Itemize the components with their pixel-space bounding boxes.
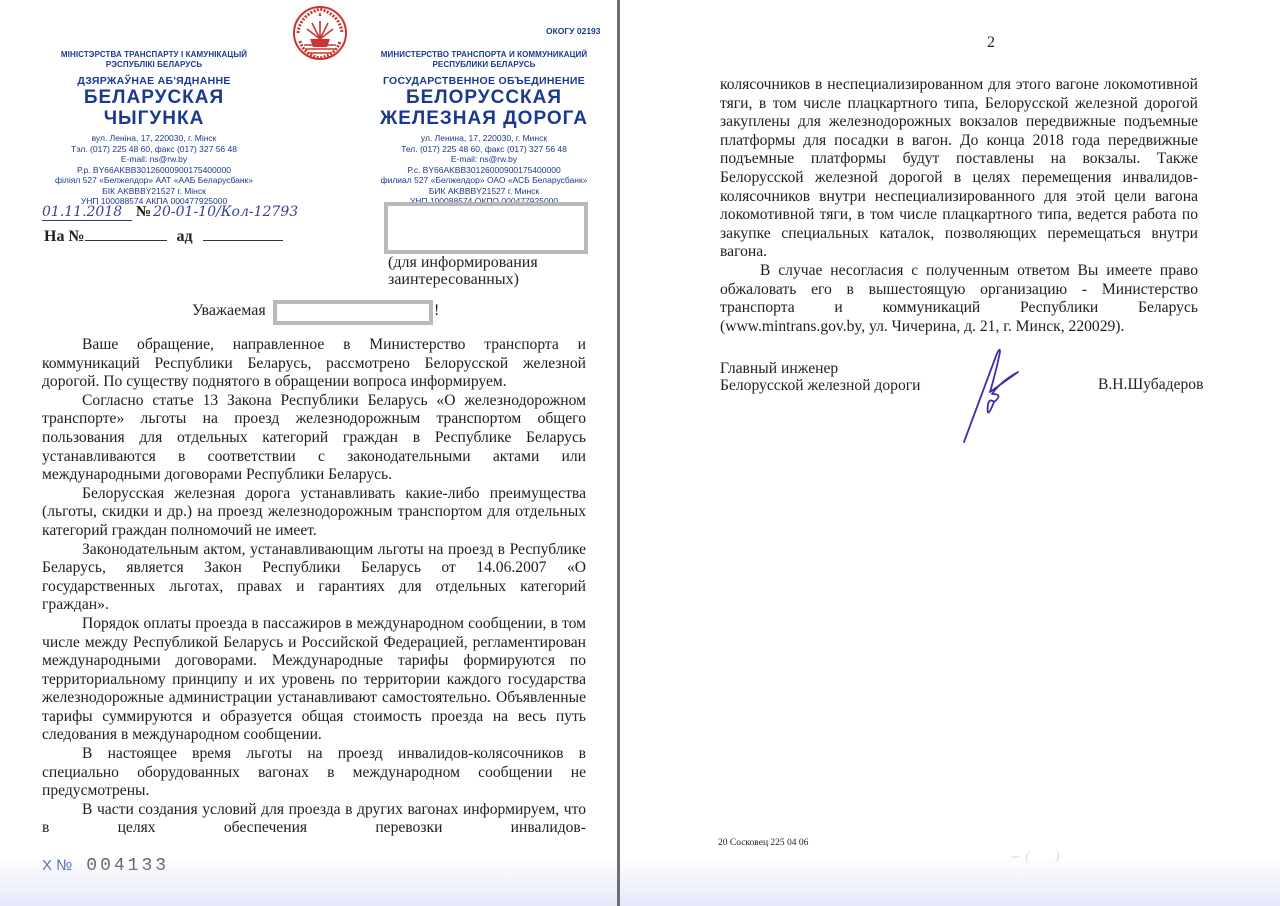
ministry-line: РЭСПУБЛІКІ БЕЛАРУСЬ	[48, 60, 260, 70]
letterhead-belarusian: МІНІСТЭРСТВА ТРАНСПАРТУ І КАМУНІКАЦЫЙ РЭ…	[48, 50, 260, 207]
handwritten-signature-icon	[960, 342, 1040, 446]
reply-reference: На № ад	[44, 228, 283, 246]
letter-body-page-1: Ваше обращение, направленное в Министерс…	[42, 336, 586, 838]
letter-page-1: ОКОГУ 02193 МІНІСТЭРСТВА ТРАНСПАРТУ І КА…	[0, 0, 618, 906]
org-name: ЧЫГУНКА	[48, 108, 260, 129]
paragraph: Ваше обращение, направленное в Министерс…	[42, 336, 586, 392]
ministry-line: РЕСПУБЛИКИ БЕЛАРУСЬ	[376, 60, 592, 70]
bank-account: Р.р. BY66AKBB30126000900175400000	[48, 165, 260, 176]
bic: БІК AKBBBY21527 г. Мінск	[48, 186, 260, 197]
email: E-mail: ns@rw.by	[376, 154, 592, 165]
paragraph: Законодательным актом, устанавливающим л…	[42, 541, 586, 615]
reply-number-label: На №	[44, 228, 85, 245]
phone: Тэл. (017) 225 48 60, факс (017) 327 56 …	[48, 144, 260, 155]
executor-contact: 20 Сосковец 225 04 06	[718, 838, 808, 848]
letter-body-page-2: колясочников в неспециализированном для …	[720, 76, 1198, 336]
paragraph: Порядок оплаты проезда в пассажиров в ме…	[42, 615, 586, 745]
email: E-mail: ns@rw.by	[48, 154, 260, 165]
recipient-note-line: заинтересованных)	[388, 271, 538, 288]
bank-branch: филиал 527 «Белжелдор» ОАО «АСБ Беларусб…	[376, 175, 592, 186]
reply-number-blank	[85, 228, 167, 241]
outgoing-number: 20-01-10/Кол-12793	[153, 204, 298, 220]
redacted-recipient-address	[384, 202, 588, 254]
paragraph: Белорусская железная дорога устанавливат…	[42, 485, 586, 541]
address-block: ул. Ленина, 17, 220030, г. Минск Тел. (0…	[376, 133, 592, 207]
org-name: БЕЛАРУСКАЯ	[48, 87, 260, 108]
paragraph: колясочников в неспециализированном для …	[720, 76, 1198, 262]
ministry-line: МИНИСТЕРСТВО ТРАНСПОРТА И КОММУНИКАЦИЙ	[376, 50, 592, 60]
signatory-position: Главный инженер	[720, 360, 921, 377]
ministry-line: МІНІСТЭРСТВА ТРАНСПАРТУ І КАМУНІКАЦЫЙ	[48, 50, 260, 60]
reply-date-blank	[203, 228, 283, 241]
org-name: ЖЕЛЕЗНАЯ ДОРОГА	[376, 108, 592, 129]
address: вул. Леніна, 17, 220030, г. Мінск	[48, 133, 260, 144]
bank-account: Р.с. BY66AKBB30126000900175400000	[376, 165, 592, 176]
signatory-name: В.Н.Шубадеров	[1098, 376, 1203, 394]
greeting-exclamation: !	[434, 302, 439, 320]
bic: БИК AKBBBY21527 г. Минск	[376, 186, 592, 197]
org-type: ГОСУДАРСТВЕННОЕ ОБЪЕДИНЕНИЕ	[376, 75, 592, 87]
paragraph: Согласно статье 13 Закона Республики Бел…	[42, 392, 586, 485]
outgoing-date: 01.11.2018	[42, 204, 132, 221]
phone: Тел. (017) 225 48 60, факс (017) 327 56 …	[376, 144, 592, 155]
address-block: вул. Леніна, 17, 220030, г. Мінск Тэл. (…	[48, 133, 260, 207]
address: ул. Ленина, 17, 220030, г. Минск	[376, 133, 592, 144]
paragraph: В части создания условий для проезда в д…	[42, 801, 586, 838]
org-type: ДЗЯРЖАЎНАЕ АБ'ЯДНАННЕ	[48, 75, 260, 87]
signatory-title: Главный инженер Белорусской железной дор…	[720, 360, 921, 394]
salutation: Уважаемая	[192, 302, 266, 319]
paragraph: В настоящее время льготы на проезд инвал…	[42, 745, 586, 801]
recipient-note-line: (для информирования	[388, 254, 538, 271]
okogu-code: ОКОГУ 02193	[546, 26, 601, 36]
scan-tint	[0, 856, 618, 906]
org-name: БЕЛОРУССКАЯ	[376, 87, 592, 108]
bank-branch: філіял 527 «Белжелдор» ААТ «ААБ Беларусб…	[48, 175, 260, 186]
greeting: Уважаемая	[192, 302, 266, 320]
letter-page-2: 2 колясочников в неспециализированном дл…	[620, 0, 1280, 906]
redacted-recipient-name	[273, 300, 433, 325]
recipient-note: (для информирования заинтересованных)	[388, 254, 538, 288]
signatory-organization: Белорусской железной дороги	[720, 377, 921, 394]
reply-from-label: ад	[177, 228, 193, 245]
paragraph: В случае несогласия с полученным ответом…	[720, 262, 1198, 336]
coat-of-arms-icon	[290, 3, 350, 63]
number-sign: №	[136, 204, 151, 220]
letterhead-russian: МИНИСТЕРСТВО ТРАНСПОРТА И КОММУНИКАЦИЙ Р…	[376, 50, 592, 207]
outgoing-reference: 01.11.2018№20-01-10/Кол-12793	[42, 203, 298, 221]
scan-tint	[620, 856, 1280, 906]
page-number: 2	[987, 34, 995, 52]
